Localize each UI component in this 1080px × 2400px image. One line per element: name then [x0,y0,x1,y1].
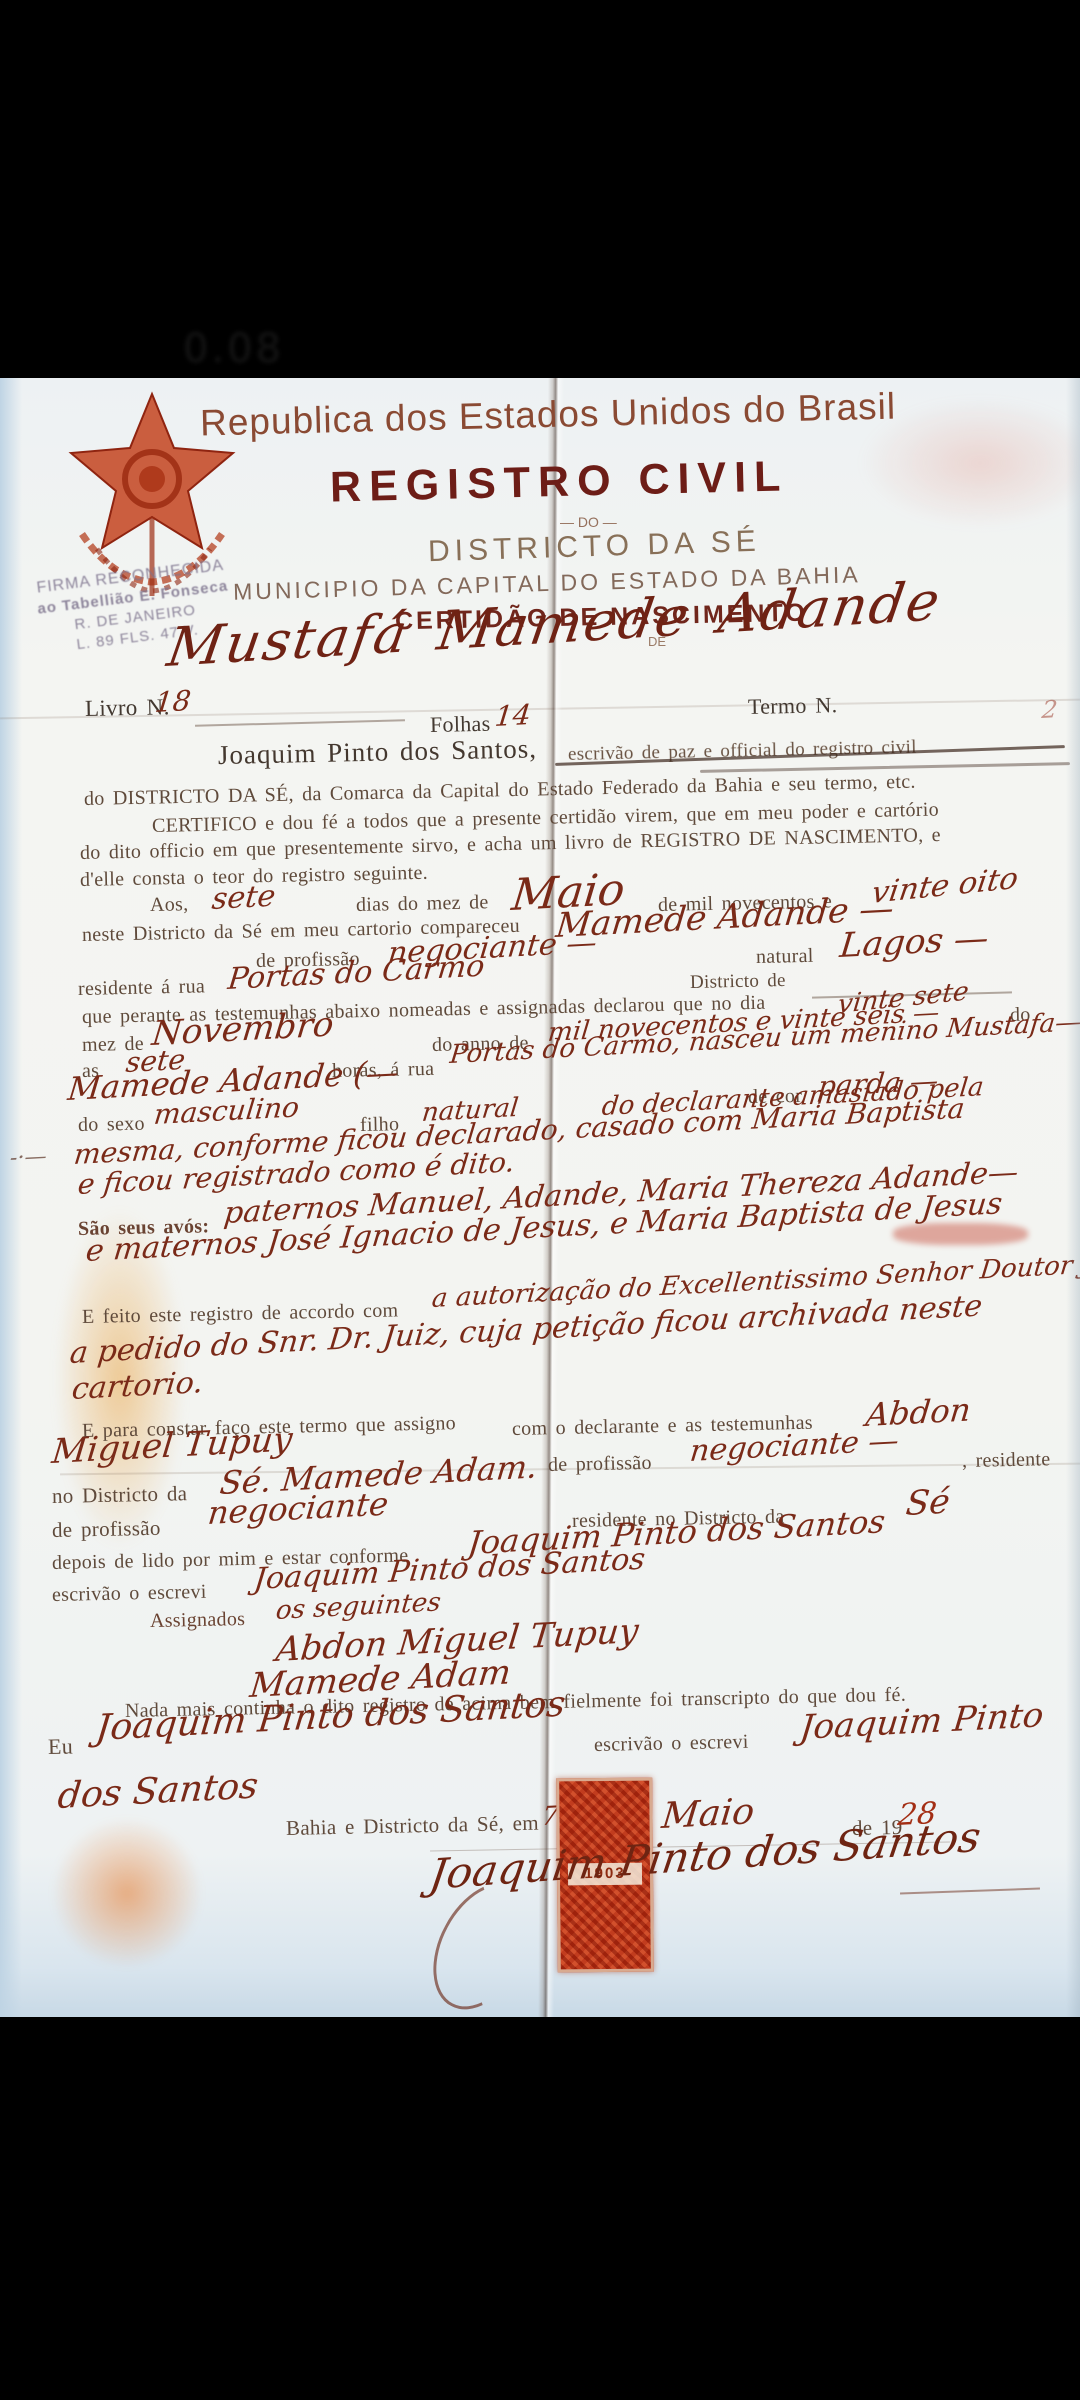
data-local-label: Bahia e Districto da Sé, em [286,1811,539,1841]
video-frame: 0.08 FIRMA RECONHECIDA [0,0,1080,2400]
signature-dash [900,1888,1040,1895]
paper-stain [52,1818,202,1968]
testemunha1-residente-label: , residente [962,1448,1051,1473]
aos-day-hand: sete [210,879,277,917]
termo-label: Termo N. [748,692,838,720]
livro-value: 18 [153,684,192,719]
sexo-label: do sexo [78,1113,145,1137]
natural-hand: Lagos — [838,918,991,966]
assignados-label: Assignados [150,1608,246,1633]
testemunha1-profissao-label: de profissão [548,1452,652,1477]
registro3-hand: cartorio. [70,1365,205,1407]
eu-assinatura2-hand: dos Santos [56,1766,260,1817]
residente-label: residente á rua [78,975,206,1001]
termo-value: 2 [1041,695,1059,724]
residente2-hand: Sé [904,1482,952,1524]
margin-mark: -·— [9,1144,48,1171]
header-country: Republica dos Estados Unidos do Brasil [200,386,897,445]
eu-label: Eu [48,1733,74,1760]
header-do-separator: — DO — [560,514,617,530]
ink-smear [893,1223,1028,1245]
districto2-label: no Districto da [52,1481,188,1509]
scribe-name-printed: Joaquim Pinto dos Santos, [218,733,538,771]
aos-mid: dias do mez de [356,891,489,917]
timestamp-overlay: 0.08 [183,326,284,372]
header-registry-title: REGISTRO CIVIL [329,452,788,512]
eu-escrivao-label: escrivão o escrevi [594,1731,749,1757]
escrivao-label: escrivão o escrevi [52,1581,207,1607]
birth-certificate-document: FIRMA RECONHECIDA ao Tabellião E. Fonsec… [0,378,1080,2017]
profissao2-label: de profissão [52,1516,161,1543]
profissao2-hand: negociante [206,1485,390,1532]
header-district: DISTRICTO DA SÉ [428,525,762,569]
sexo-hand: masculino [152,1090,301,1130]
aos-label: Aos, [150,893,189,917]
districto-de-label: Districto de [690,970,786,994]
ruled-dash [195,719,405,726]
folhas-value: 14 [493,698,532,733]
natural-label: natural [756,945,814,969]
